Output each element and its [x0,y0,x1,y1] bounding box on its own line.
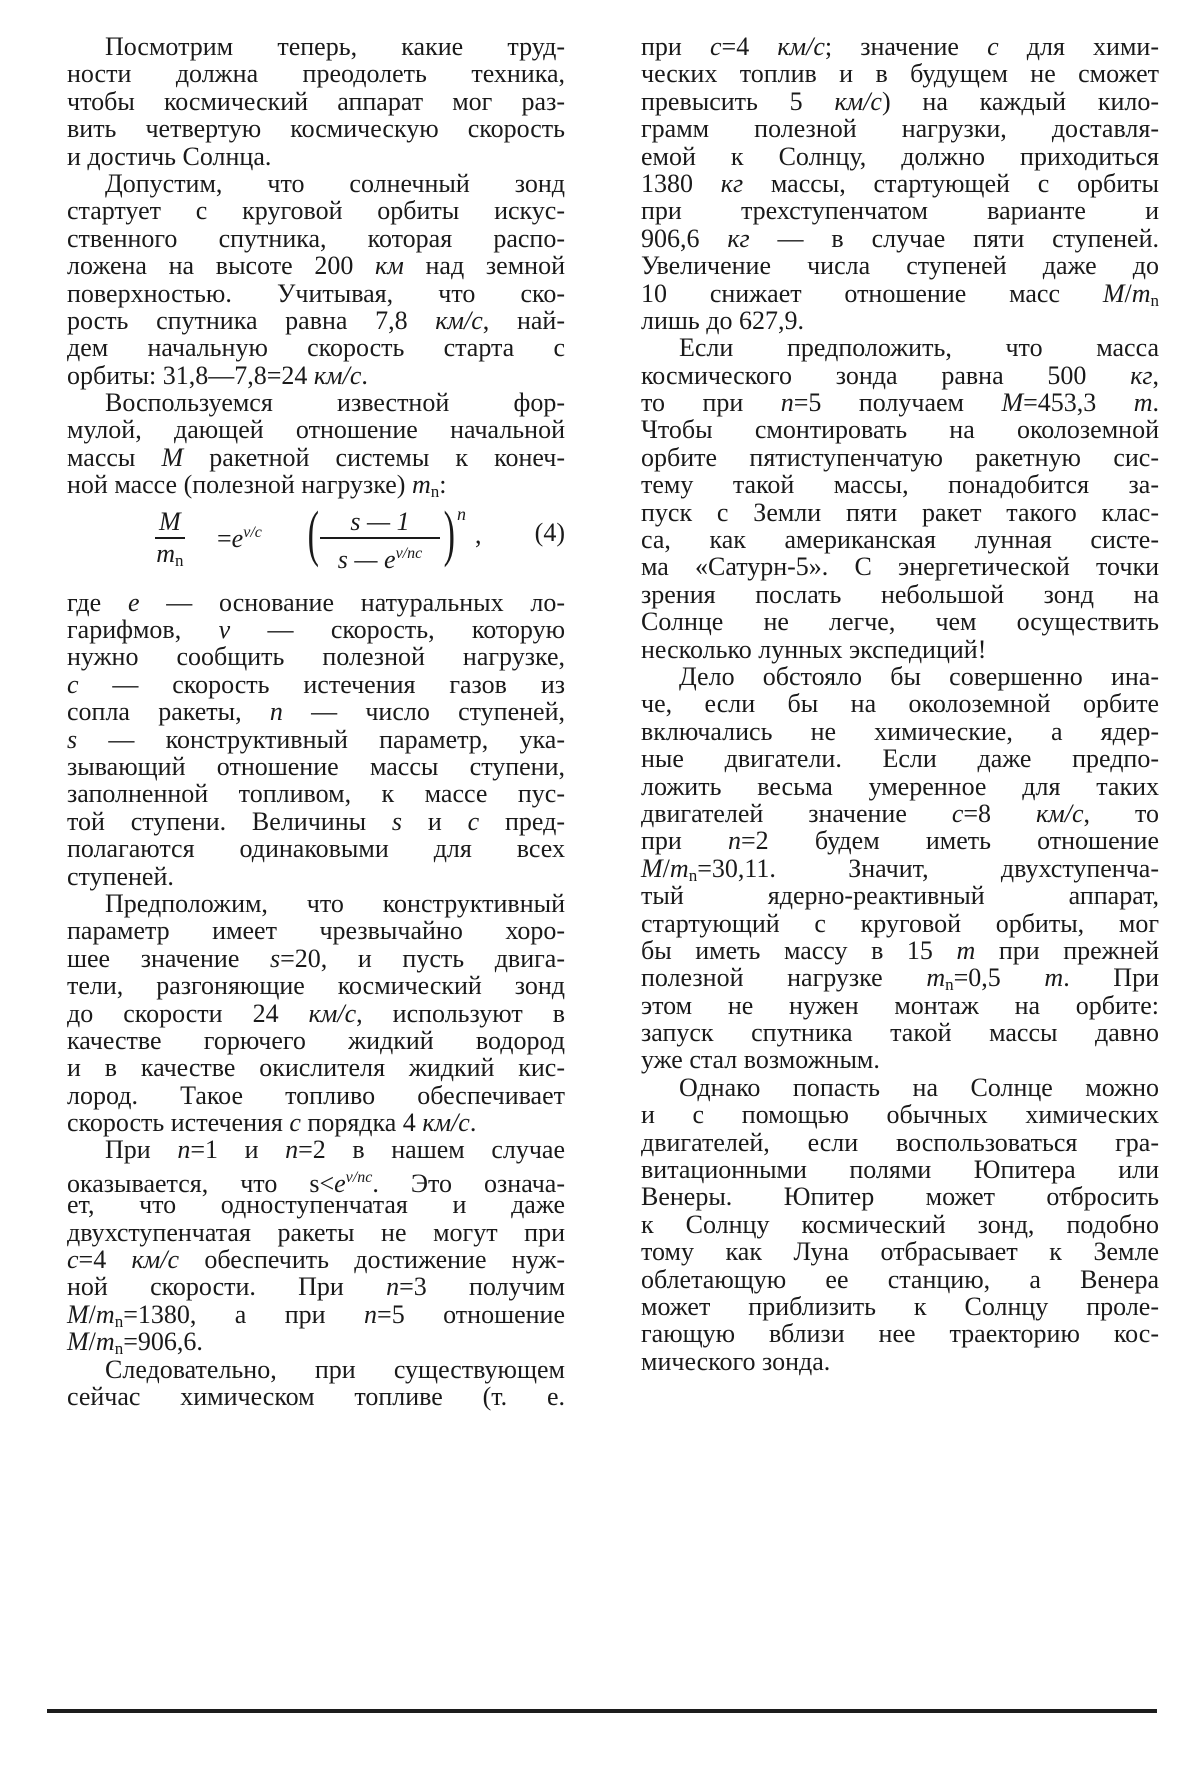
text-line: Однако попасть на Солнце можно [641,1074,1159,1101]
text-line: бы иметь массу в 15 т при прежней [641,937,1159,964]
text-line: ной скорости. При n=3 получим [67,1273,565,1300]
stage-fraction: s — 1 s — ev/nc [320,507,440,575]
text-line: Дело обстояло бы совершенно ина- [641,663,1159,690]
text-line: ной массе (полезной нагрузке) mn: [67,471,565,498]
text-line: M/mn=30,11. Значит, двухступенча- [641,855,1159,882]
text-line: при трехступенчатом варианте и [641,197,1159,224]
text-line: Чтобы смонтировать на околоземной [641,416,1159,443]
mass-ratio-fraction: M mn [155,507,185,576]
paragraph-variables: где e — основание натуральных ло-гарифмо… [67,589,565,890]
text-line: Воспользуемся известной фор- [67,389,565,416]
text-line: качестве горючего жидкий водород [67,1027,565,1054]
text-line: Посмотрим теперь, какие труд- [67,33,565,60]
text-line: сопла ракеты, n — число ступеней, [67,698,565,725]
text-line: заполненной топливом, к массе пус- [67,780,565,807]
equation-number: (4) [535,519,565,546]
text-line: облетающую ее станцию, а Венера [641,1266,1159,1293]
text-line: мического зонда. [641,1348,1159,1375]
text-line: 906,6 кг — в случае пяти ступеней. [641,225,1159,252]
text-line: Солнце не легче, чем осуществить [641,608,1159,635]
text-line: и достичь Солнца. [67,143,565,170]
text-line: поверхностью. Учитывая, что ско- [67,280,565,307]
text-line: гарифмов, v — скорость, которую [67,616,565,643]
paragraph-intro: Посмотрим теперь, какие труд-ности должн… [67,33,565,170]
paragraph-assumptions: Предположим, что конструктивныйпараметр … [67,890,565,1137]
text-line: до скорости 24 км/с, используют в [67,1000,565,1027]
text-line: ложить весьма умеренное для таких [641,773,1159,800]
text-line: Следовательно, при существующем [67,1356,565,1383]
text-line: ет, что одноступенчатая и даже [67,1191,565,1218]
text-line: параметр имеет чрезвычайно хоро- [67,917,565,944]
paragraph-formula-intro: Воспользуемся известной фор-мулой, дающе… [67,389,565,499]
text-line: где e — основание натуральных ло- [67,589,565,616]
text-line: тему такой массы, понадобится за- [641,471,1159,498]
text-line: ственного спутника, которая распо- [67,225,565,252]
text-line: Допустим, что солнечный зонд [67,170,565,197]
text-line: к Солнцу космический зонд, подобно [641,1211,1159,1238]
text-line: Если предположить, что масса [641,334,1159,361]
text-line: лишь до 627,9. [641,307,1159,334]
text-line: вить четвертую космическую скорость [67,115,565,142]
left-column: Посмотрим теперь, какие труд-ности должн… [67,33,565,1410]
text-line: мулой, дающей отношение начальной [67,416,565,443]
text-line: при c=4 км/с; значение c для хими- [641,33,1159,60]
text-line: двухступенчатая ракеты не могут при [67,1219,565,1246]
text-line: то при n=5 получаем M=453,3 т. [641,389,1159,416]
text-line: нужно сообщить полезной нагрузке, [67,643,565,670]
text-line: ступеней. [67,863,565,890]
text-line: зывающий отношение массы ступени, [67,753,565,780]
text-line: двигателей значение c=8 км/с, то [641,800,1159,827]
text-line: сейчас химическом топливе (т. е. [67,1383,565,1410]
text-line: тели, разгоняющие космический зонд [67,972,565,999]
paragraph-nuclear-engines: Дело обстояло бы совершенно ина-че, если… [641,663,1159,1074]
text-line: Увеличение числа ступеней даже до [641,252,1159,279]
text-line: лород. Такое топливо обеспечивает [67,1082,565,1109]
text-line: 10 снижает отношение масс M/mn [641,280,1159,307]
text-line: скорость истечения c порядка 4 км/с. [67,1109,565,1136]
text-line: превысить 5 км/с) на каждый кило- [641,88,1159,115]
text-line: ные двигатели. Если даже предпо- [641,745,1159,772]
text-line: этом не нужен монтаж на орбите: [641,992,1159,1019]
text-line: тый ядерно-реактивный аппарат, [641,882,1159,909]
text-line: космического зонда равна 500 кг, [641,362,1159,389]
text-line: Венеры. Юпитер может отбросить [641,1183,1159,1210]
text-line: стартует с круговой орбиты искус- [67,197,565,224]
left-paren: ( [308,503,319,565]
paragraph-gravity-assist: Однако попасть на Солнце можнои с помощь… [641,1074,1159,1375]
text-line: c — скорость истечения газов из [67,671,565,698]
text-line: ложена на высоте 200 км над земной [67,252,565,279]
text-line: витационными полями Юпитера или [641,1156,1159,1183]
paragraph-launch-conditions: Допустим, что солнечный зондстартует с к… [67,170,565,389]
text-line: чтобы космический аппарат мог раз- [67,88,565,115]
text-line: Предположим, что конструктивный [67,890,565,917]
text-line: c=4 км/с обеспечить достижение нуж- [67,1246,565,1273]
text-line: M/mn=1380, а при n=5 отношение [67,1301,565,1328]
text-line: ческих топлив и в будущем не сможет [641,60,1159,87]
text-line: зрения послать небольшой зонд на [641,581,1159,608]
text-line: тому как Луна отбрасывает к Земле [641,1238,1159,1265]
text-line: s — конструктивный параметр, ука- [67,726,565,753]
text-line: грамм полезной нагрузки, доставля- [641,115,1159,142]
text-line: запуск спутника такой массы давно [641,1019,1159,1046]
text-line: гающую вблизи нее траекторию кос- [641,1320,1159,1347]
text-line: 1380 кг массы, стартующей с орбиты [641,170,1159,197]
text-line: орбиты: 31,8—7,8=24 км/с. [67,362,565,389]
text-line: пуск с Земли пяти ракет такого клас- [641,499,1159,526]
paragraph-stage-results: При n=1 и n=2 в нашем случаеоказывается,… [67,1136,565,1355]
text-line: массы M ракетной системы к конеч- [67,444,565,471]
text-line: ности должна преодолеть техника, [67,60,565,87]
text-line: че, если бы на околоземной орбите [641,690,1159,717]
text-line: M/mn=906,6. [67,1328,565,1355]
text-line: может приблизить к Солнцу проле- [641,1293,1159,1320]
text-line: стартующий с круговой орбиты, мог [641,910,1159,937]
text-line: шее значение s=20, и пусть двига- [67,945,565,972]
text-line: полезной нагрузке mn=0,5 т. При [641,964,1159,991]
text-line: несколько лунных экспедиций! [641,636,1159,663]
text-line: са, как американская лунная систе- [641,526,1159,553]
text-line: двигателей, если воспользоваться гра- [641,1129,1159,1156]
text-line: при n=2 будем иметь отношение [641,827,1159,854]
text-line: полагаются одинаковыми для всех [67,835,565,862]
equation-4: M mn =ev/c ( s — 1 s — ev/nc ) n , (4) [67,501,565,583]
text-line: и с помощью обычных химических [641,1101,1159,1128]
page-bottom-rule [47,1709,1157,1713]
text-line: При n=1 и n=2 в нашем случае [67,1136,565,1163]
paragraph-probe-mass: Если предположить, что массакосмического… [641,334,1159,663]
text-line: емой к Солнцу, должно приходиться [641,143,1159,170]
text-line: и в качестве окислителя жидкий кис- [67,1054,565,1081]
right-paren: ) [444,503,455,565]
text-line: дем начальную скорость старта с [67,334,565,361]
right-column: при c=4 км/с; значение c для хими-ческих… [641,33,1159,1375]
text-line: рость спутника равна 7,8 км/с, най- [67,307,565,334]
paragraph-chemical-fuel-limit: при c=4 км/с; значение c для хими-ческих… [641,33,1159,334]
text-line: оказывается, что s<ev/nc. Это означа- [67,1164,565,1191]
text-line: уже стал возможным. [641,1046,1159,1073]
text-line: ма «Сатурн-5». С энергетической точки [641,553,1159,580]
text-line: включались не химические, а ядер- [641,718,1159,745]
paragraph-consequently: Следовательно, при существующемсейчас хи… [67,1356,565,1411]
text-line: той ступени. Величины s и c пред- [67,808,565,835]
text-line: орбите пятиступенчатую ракетную сис- [641,444,1159,471]
